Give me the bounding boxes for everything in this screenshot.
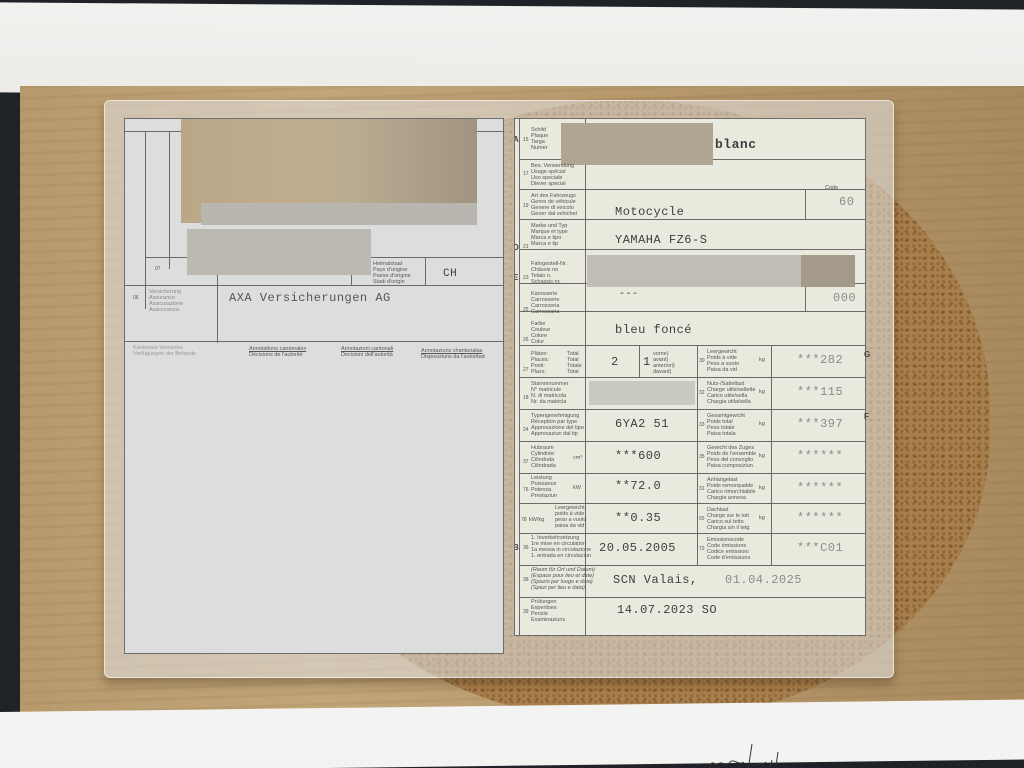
- type-approval-label: TypengenehmigungRéception par typeApprov…: [531, 413, 584, 437]
- weight-value: ******: [797, 449, 843, 463]
- make-model-label: Marke und TypMarque et typeMarca e tipoM…: [531, 223, 568, 247]
- divider: [519, 565, 866, 566]
- divider: [805, 189, 806, 219]
- divider: [519, 377, 866, 378]
- registration-right-page: A 15 SchildPlaqueTargaNumer blanc 17 Bes…: [514, 118, 866, 636]
- seats-total-label: TotalTotalTotaleTotal: [567, 351, 582, 375]
- divider: [519, 311, 866, 312]
- weight-value: ***282: [797, 353, 843, 367]
- redacted-birthdate: [187, 229, 371, 275]
- field-number: 31: [699, 486, 705, 492]
- unit-label: cm³: [573, 455, 582, 461]
- divider: [771, 345, 772, 565]
- country-of-origin-label: Heimatstaat Pays d'origine Paese d'origi…: [373, 261, 411, 285]
- divider: [519, 219, 866, 220]
- power-value: **72.0: [615, 479, 661, 493]
- field-number: 06: [133, 295, 139, 301]
- weight-value: ***115: [797, 385, 843, 399]
- redacted-plate-number: [561, 123, 713, 165]
- unit-label: kW: [573, 485, 581, 491]
- field-number: 17: [523, 171, 529, 177]
- annotations-label: Kantonale Vermerke Verfügungen der Behör…: [133, 345, 196, 357]
- divider: [125, 341, 504, 342]
- seats-total-value: 2: [611, 355, 619, 369]
- field-number: 07: [155, 266, 161, 272]
- chassis-label: Fahrgestell-Nr.Châssis noTelaio n.Schass…: [531, 261, 567, 285]
- field-number: 32: [699, 390, 705, 396]
- annotations-fr: Annotations cantonales Décisions de l'au…: [249, 346, 306, 358]
- field-number: 27: [523, 367, 529, 373]
- inspection-value: 14.07.2023 SO: [617, 603, 717, 617]
- first-registration-label: 1. Inverkehrsetzung1re mise en circulati…: [531, 535, 591, 559]
- field-number: 72: [699, 546, 705, 552]
- plate-color-value: blanc: [715, 137, 757, 152]
- weight-label: Nutz-/SattellastCharge utile/selletteCar…: [707, 381, 756, 405]
- weight-label: EmissionscodeCode émissionsCodice emissi…: [707, 537, 750, 561]
- inspections-label: PrüfungenExpertisesPerizieExaminaziuns: [531, 599, 565, 623]
- weight-label: AnhängelastPoids remorquableCarico rimor…: [707, 477, 756, 501]
- divider: [519, 249, 866, 250]
- redacted-chassis-number: [587, 255, 801, 287]
- background-paper-bottom: [0, 699, 1024, 768]
- vehicle-type-value: Motocycle: [615, 205, 684, 219]
- vehicle-code-value: 60: [839, 195, 854, 209]
- insurance-value: AXA Versicherungen AG: [229, 291, 391, 305]
- weight-value: ***397: [797, 417, 843, 431]
- divider: [519, 503, 866, 504]
- field-number: 78: [521, 517, 527, 523]
- issuing-office-value: SCN Valais,: [613, 573, 698, 587]
- field-number: 24: [523, 427, 529, 433]
- background-paper-top: [0, 2, 1024, 99]
- weight-value: ******: [797, 511, 843, 525]
- divider: [519, 597, 866, 598]
- seats-front-label: vorne)avant)anteriori)davant): [653, 351, 675, 375]
- color-label: FarbeCouleurColoreColur: [531, 321, 550, 345]
- unit-label: kg: [759, 485, 765, 491]
- field-number: 18: [523, 395, 529, 401]
- vehicle-type-label: Art des FahrzeugsGenre de véhiculeGenere…: [531, 193, 577, 217]
- field-number: 23: [523, 275, 529, 281]
- redacted-owner-info: [201, 203, 477, 225]
- weight-label: GesamtgewichtPoids totalPeso totalePaisa…: [707, 413, 745, 437]
- field-number: 19: [523, 203, 529, 209]
- side-letter-g: G: [864, 350, 870, 359]
- divider: [425, 257, 426, 285]
- row-letter: D: [514, 243, 519, 252]
- issue-date-value: 01.04.2025: [725, 573, 802, 587]
- redacted-chassis-number: [801, 255, 855, 287]
- field-number: 21: [523, 244, 529, 250]
- weight-value: ***C01: [797, 541, 843, 555]
- power-label: LeistungPuissancePotenzaPrestaziun: [531, 475, 557, 499]
- weight-label: DachlastCharge sur le toitCarico sul tet…: [707, 507, 750, 531]
- color-value: bleu foncé: [615, 323, 692, 337]
- seats-front-value: 1: [643, 355, 651, 369]
- unit-label: kg: [759, 421, 765, 427]
- divider: [697, 345, 698, 565]
- field-number: 38: [523, 577, 529, 583]
- field-number: 25: [523, 307, 529, 313]
- redacted-matricule: [589, 381, 695, 405]
- divider: [519, 473, 866, 474]
- seats-label: Plätze:Places:Posti:Plazs:: [531, 351, 549, 375]
- field-number: 55: [699, 516, 705, 522]
- field-number: 30: [699, 358, 705, 364]
- code-label: Code: [825, 185, 838, 191]
- insurance-label: Versicherung Assurance Assicurazione Ass…: [149, 289, 183, 313]
- annotations-it: Annotazioni cantonali Decisioni dell'aut…: [341, 346, 393, 358]
- first-registration-value: 20.05.2005: [599, 541, 676, 555]
- signature-icon: [700, 740, 840, 768]
- side-letter-f: F: [864, 412, 869, 421]
- divider: [519, 441, 866, 442]
- field-number: 37: [523, 459, 529, 465]
- place-date-label: (Raum für Ort und Datum)(Espace pour lie…: [531, 567, 595, 591]
- type-approval-value: 6YA2 51: [615, 417, 669, 431]
- field-number: 26: [523, 337, 529, 343]
- divider: [125, 285, 504, 286]
- divider: [519, 533, 866, 534]
- row-letter: A: [514, 135, 519, 144]
- field-number: 35: [699, 454, 705, 460]
- annotations-rm: Annotaziuns chantunalas Disposiziuns da …: [421, 348, 485, 360]
- divider: [169, 131, 170, 269]
- make-model-value: YAMAHA FZ6-S: [615, 233, 707, 247]
- weight-value: ******: [797, 481, 843, 495]
- divider: [519, 189, 866, 190]
- row-letter: B: [514, 543, 519, 552]
- plate-label: SchildPlaqueTargaNumer: [531, 127, 548, 151]
- weight-label: Gewicht des ZugesPoids de l'ensemblePeso…: [707, 445, 756, 469]
- cylinder-value: ***600: [615, 449, 661, 463]
- unit-label: kg: [759, 357, 765, 363]
- power-weight-value: **0.35: [615, 511, 661, 525]
- row-letter: E: [514, 273, 518, 282]
- matricule-label: StammnummerN° matriculeN. di matricolaNr…: [531, 381, 569, 405]
- divider: [519, 409, 866, 410]
- field-number: 76: [523, 487, 529, 493]
- unit-label: kg: [759, 515, 765, 521]
- body-code-value: 000: [833, 291, 856, 305]
- unit-label: kg: [759, 453, 765, 459]
- field-number: 39: [523, 609, 529, 615]
- divider: [519, 345, 866, 346]
- power-weight-label: Leergewichtpoids à videpeso a vuotopaisa…: [555, 505, 587, 529]
- unit-label: kg: [759, 389, 765, 395]
- divider: [639, 345, 640, 377]
- field-number: 15: [523, 137, 529, 143]
- cylinder-label: HubraumCylindréeCilindrataCilindrada: [531, 445, 556, 469]
- weight-label: LeergewichtPoids à videPeso a vuotoPaisa…: [707, 349, 739, 373]
- country-of-origin-value: CH: [443, 268, 457, 280]
- body-value: ---: [619, 289, 639, 300]
- registration-left-page: 07 Heimatstaat Pays d'origine Paese d'or…: [124, 118, 504, 654]
- unit-label: kW/kg: [529, 517, 544, 523]
- field-number: 36: [523, 545, 529, 551]
- divider: [145, 131, 146, 309]
- divider: [805, 283, 806, 311]
- body-label: KarosserieCarrosserieCarrozzeriaCarrossa…: [531, 291, 559, 315]
- field-number: 33: [699, 422, 705, 428]
- special-use-label: Bes. VerwendungUsage spécialUso speciale…: [531, 163, 574, 187]
